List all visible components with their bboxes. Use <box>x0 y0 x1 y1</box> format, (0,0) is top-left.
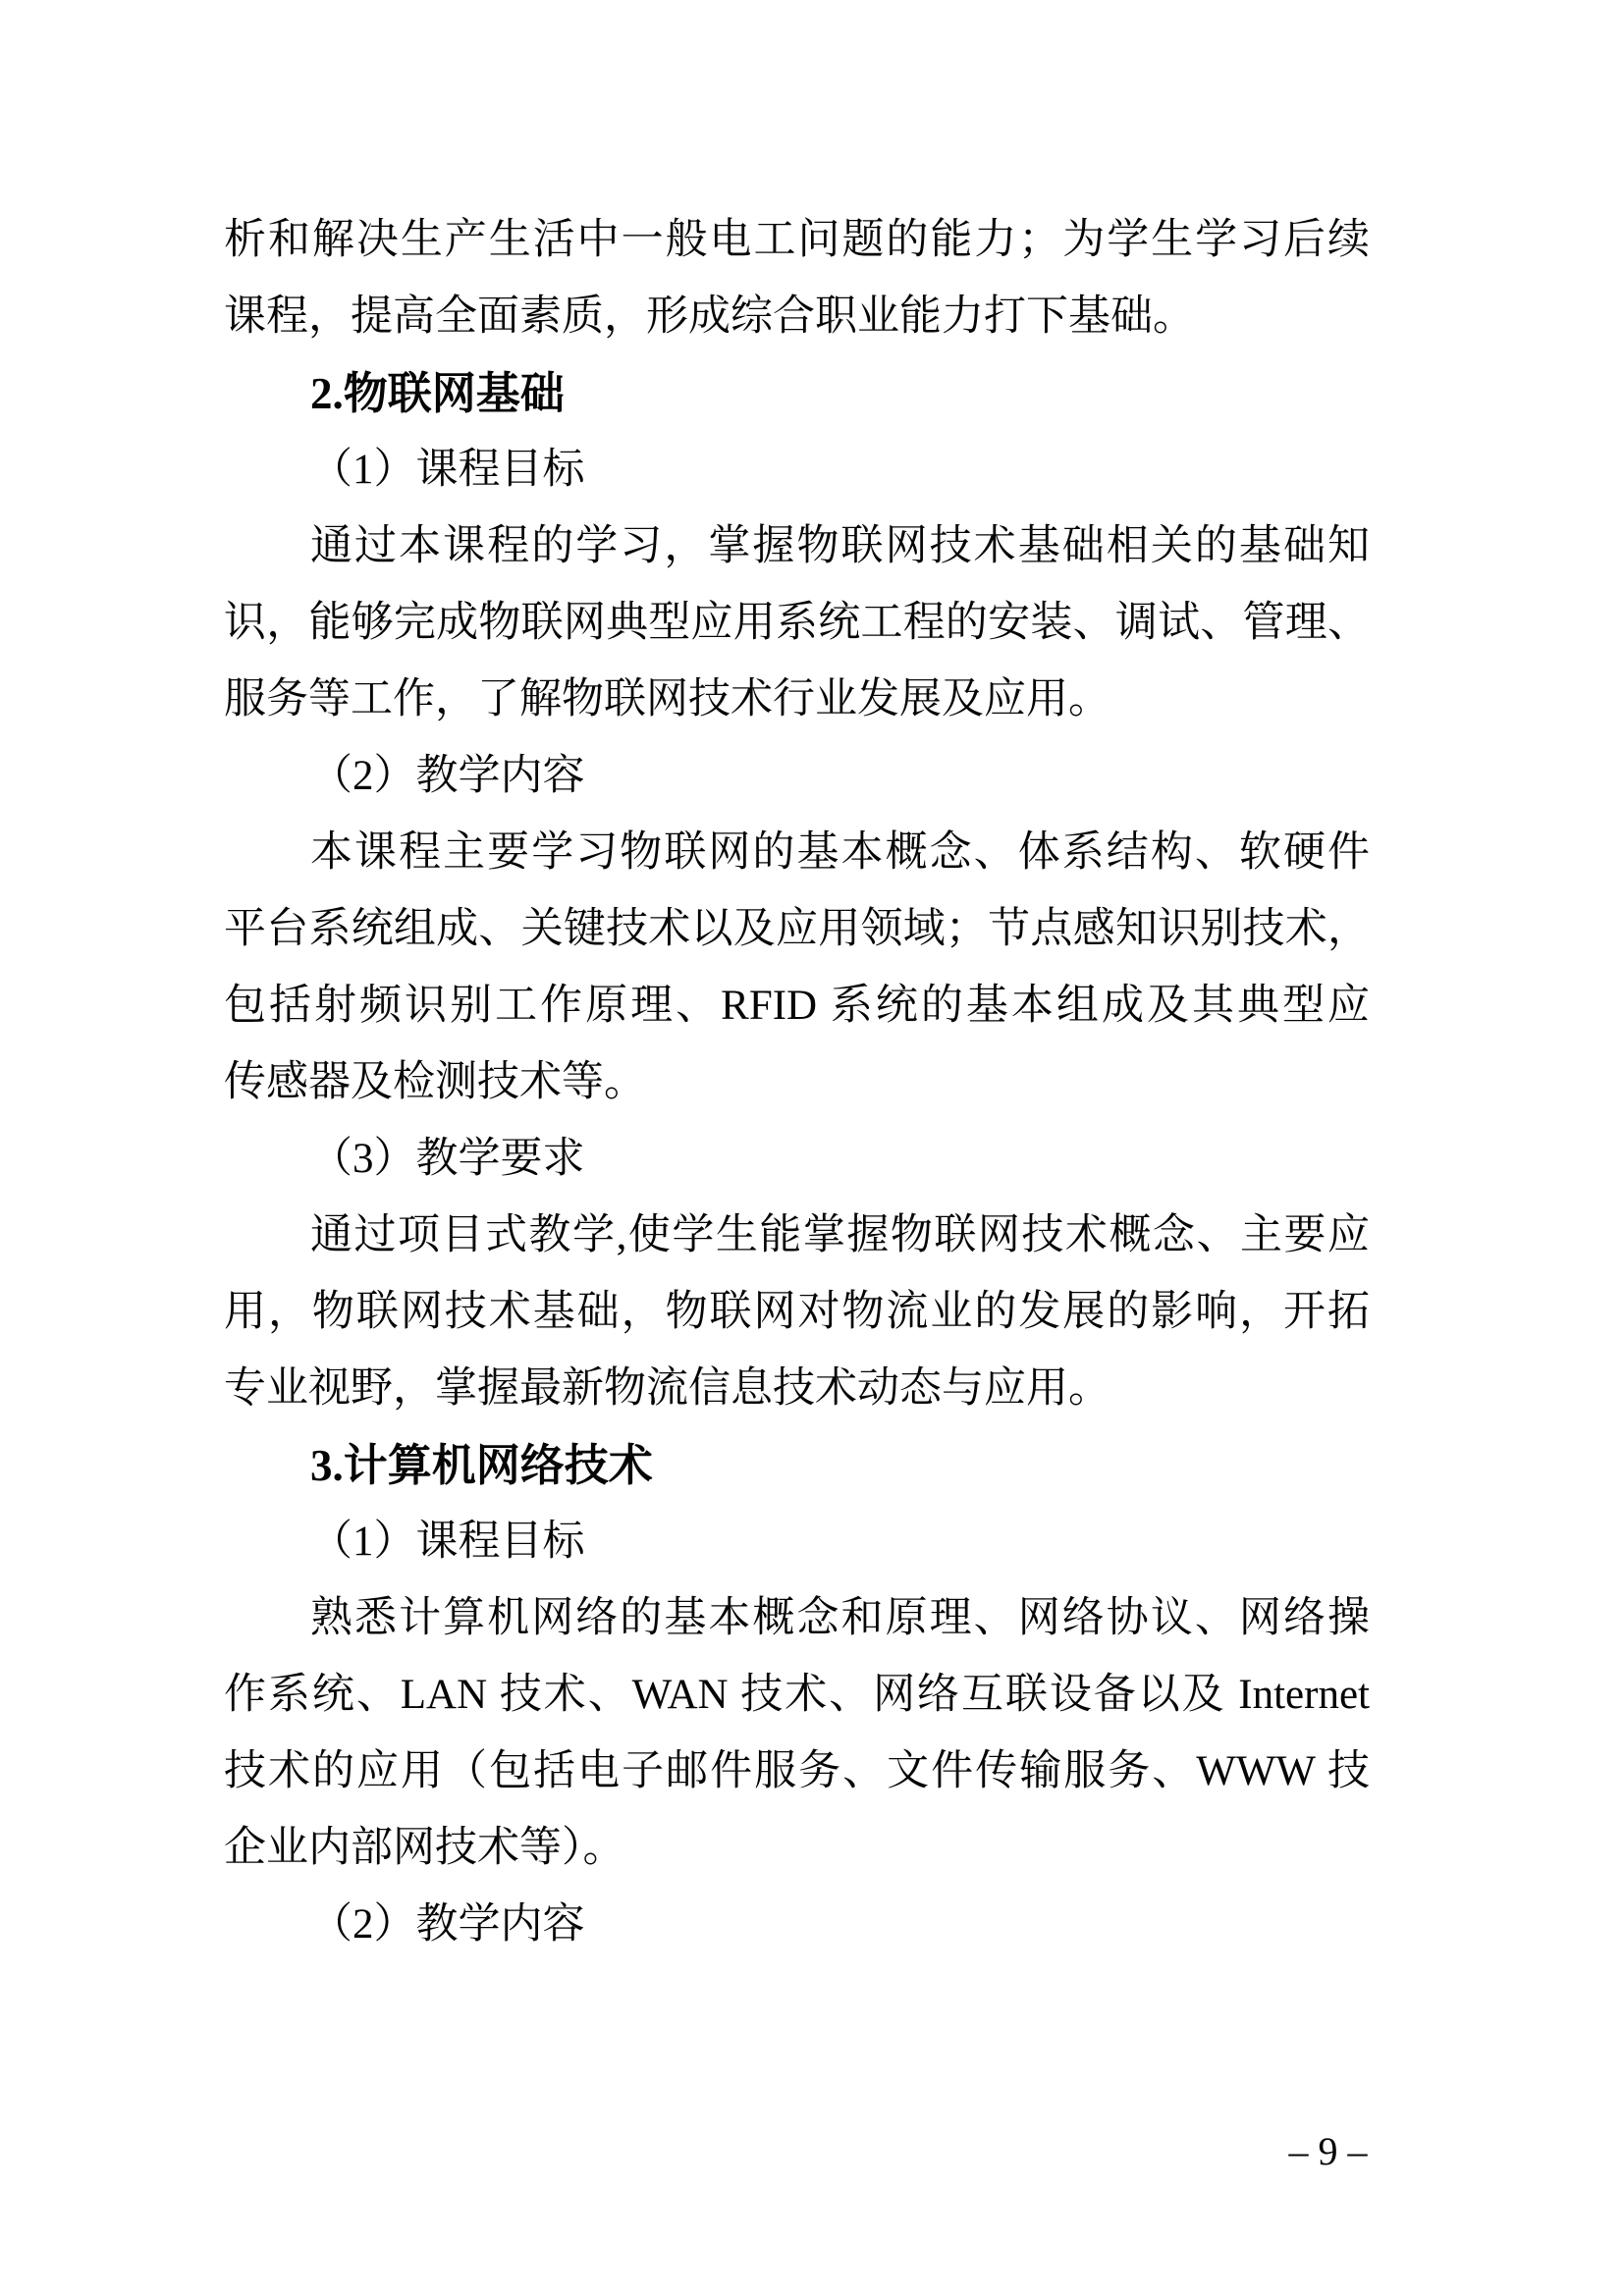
subsection-label-course-objectives: （1）课程目标 <box>224 1504 1370 1580</box>
subsection-label-teaching-requirements: （3）教学要求 <box>224 1121 1370 1198</box>
section-heading-computer-network: 3.计算机网络技术 <box>224 1427 1370 1504</box>
section-heading-iot-basics: 2.物联网基础 <box>224 355 1370 432</box>
body-text-line: 通过本课程的学习，掌握物联网技术基础相关的基础知 <box>224 508 1370 585</box>
subsection-label-teaching-content: （2）教学内容 <box>224 738 1370 815</box>
page-number: – 9 – <box>1267 2122 1389 2181</box>
document-text-block: 析和解决生产生活中一般电工问题的能力；为学生学习后续 课程，提高全面素质，形成综… <box>224 202 1370 1963</box>
body-text-line: 传感器及检测技术等。 <box>224 1044 1370 1121</box>
body-text-line: 识，能够完成物联网典型应用系统工程的安装、调试、管理、 <box>224 585 1370 662</box>
body-text-line: 包括射频识别工作原理、RFID 系统的基本组成及其典型应用、 <box>224 968 1370 1044</box>
document-page: 析和解决生产生活中一般电工问题的能力；为学生学习后续 课程，提高全面素质，形成综… <box>0 0 1624 2296</box>
body-text-line: 技术的应用（包括电子邮件服务、文件传输服务、WWW 技术、 <box>224 1734 1370 1810</box>
subsection-label-teaching-content: （2）教学内容 <box>224 1887 1370 1963</box>
body-text-line: 服务等工作，了解物联网技术行业发展及应用。 <box>224 662 1370 738</box>
body-text-line: 本课程主要学习物联网的基本概念、体系结构、软硬件 <box>224 815 1370 891</box>
subsection-label-course-objectives: （1）课程目标 <box>224 432 1370 508</box>
body-text-line: 析和解决生产生活中一般电工问题的能力；为学生学习后续 <box>224 202 1370 279</box>
body-text-line: 作系统、LAN 技术、WAN 技术、网络互联设备以及 Internet <box>224 1657 1370 1734</box>
body-text-line: 通过项目式教学,使学生能掌握物联网技术概念、主要应 <box>224 1198 1370 1274</box>
body-text-line: 企业内部网技术等）。 <box>224 1810 1370 1887</box>
body-text-line: 平台系统组成、关键技术以及应用领域；节点感知识别技术， <box>224 891 1370 968</box>
body-text-line: 熟悉计算机网络的基本概念和原理、网络协议、网络操 <box>224 1580 1370 1657</box>
body-text-line: 课程，提高全面素质，形成综合职业能力打下基础。 <box>224 279 1370 355</box>
body-text-line: 用，物联网技术基础，物联网对物流业的发展的影响，开拓 <box>224 1274 1370 1351</box>
body-text-line: 专业视野，掌握最新物流信息技术动态与应用。 <box>224 1351 1370 1427</box>
